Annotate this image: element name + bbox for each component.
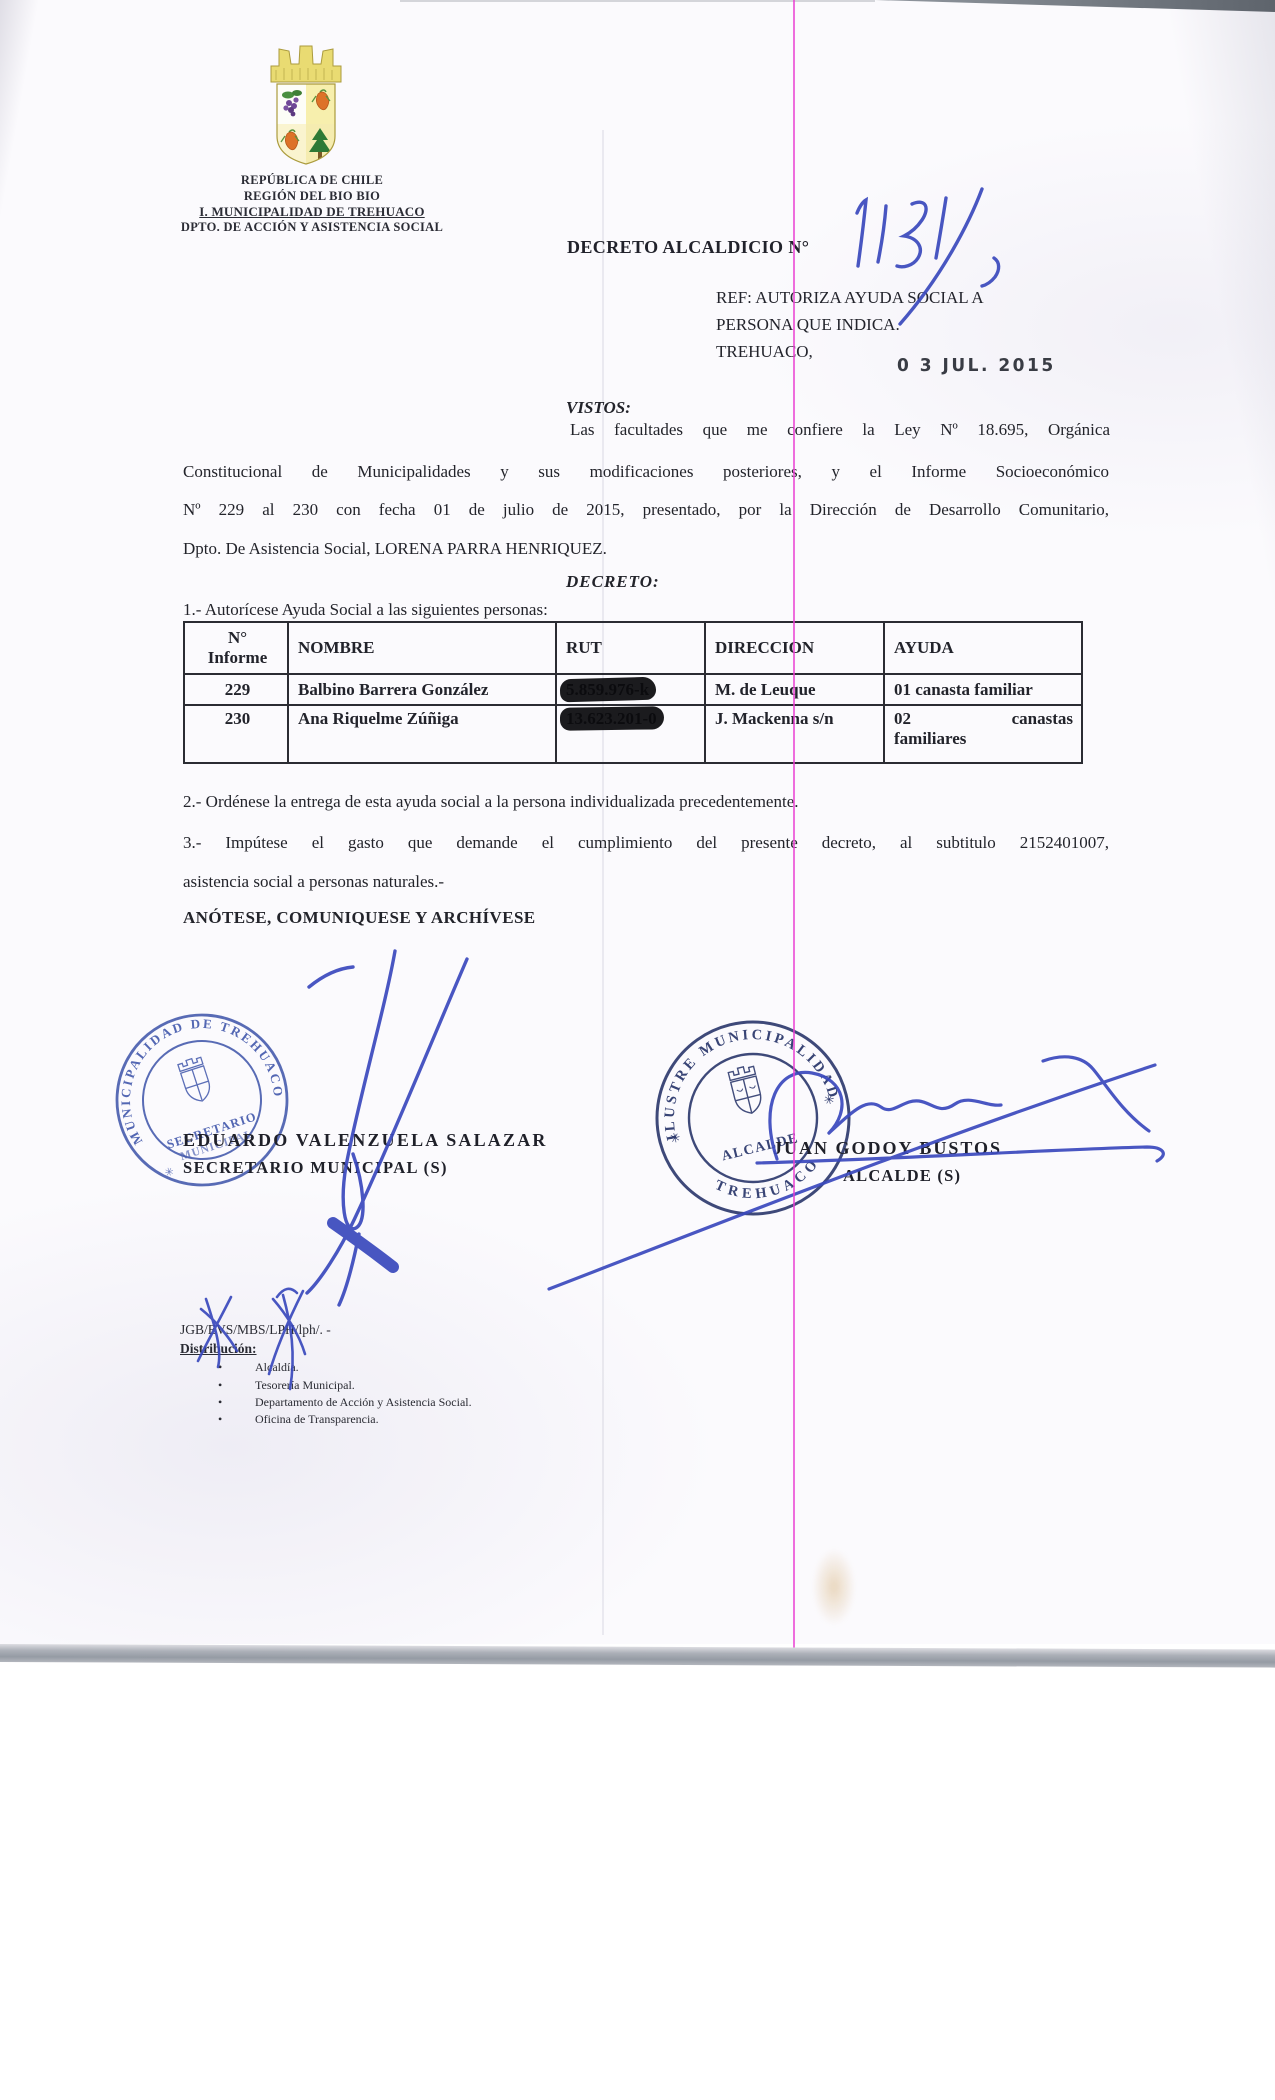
redacted-rut: 13.623.201-0: [566, 709, 657, 729]
cell-nombre: Balbino Barrera González: [288, 674, 556, 705]
secretary-title: SECRETARIO MUNICIPAL (S): [183, 1158, 448, 1178]
letterhead-country: REPÚBLICA DE CHILE: [100, 173, 524, 189]
paper-crease: [602, 130, 604, 1635]
vistos-heading: VISTOS:: [566, 398, 631, 418]
cell-informe: 230: [184, 705, 288, 763]
cell-informe: 229: [184, 674, 288, 705]
redacted-rut: 5.859.976-k: [566, 680, 649, 700]
secretary-name: EDUARDO VALENZUELA SALAZAR: [183, 1130, 548, 1151]
table-row: 230 Ana Riquelme Zúñiga 13.623.201-0 J. …: [184, 705, 1082, 763]
letterhead-region: REGIÓN DEL BIO BIO: [100, 189, 524, 205]
decreto-heading: DECRETO:: [566, 572, 660, 592]
scanner-artifact-line: [793, 0, 795, 1652]
header-informe: N° Informe: [184, 622, 288, 674]
decreto-item2: 2.- Ordénese la entrega de esta ayuda so…: [183, 792, 799, 812]
ref-block: REF: AUTORIZA AYUDA SOCIAL A PERSONA QUE…: [716, 284, 984, 365]
decreto-item3-line1: 3.- Impútese el gasto que demande el cum…: [183, 833, 1109, 853]
letterhead: REPÚBLICA DE CHILE REGIÓN DEL BIO BIO I.…: [100, 173, 524, 235]
vistos-line3: Nº 229 al 230 con fecha 01 de julio de 2…: [183, 500, 1109, 520]
bullet-icon: •: [218, 1360, 222, 1375]
ref-line1: REF: AUTORIZA AYUDA SOCIAL A: [716, 284, 984, 311]
vistos-line2: Constitucional de Municipalidades y sus …: [183, 462, 1109, 482]
cell-ayuda: 01 canasta familiar: [884, 674, 1082, 705]
decree-title: DECRETO ALCALDICIO N°: [567, 237, 809, 258]
table-header-row: N° Informe NOMBRE RUT DIRECCION AYUDA: [184, 622, 1082, 674]
cell-ayuda: 02 canastas familiares: [884, 705, 1082, 763]
footer-initials: JGB/EVS/MBS/LPH/lph/. -: [180, 1322, 331, 1338]
redaction-marker: [560, 706, 664, 730]
header-ayuda: AYUDA: [884, 622, 1082, 674]
decreto-item3-line2: asistencia social a personas naturales.-: [183, 872, 444, 892]
paper-smudge: [812, 1548, 856, 1626]
mayor-title: ALCALDE (S): [843, 1166, 961, 1186]
cell-nombre: Ana Riquelme Zúñiga: [288, 705, 556, 763]
bullet-icon: •: [218, 1412, 222, 1427]
cell-rut: 5.859.976-k: [556, 674, 705, 705]
closing-line: ANÓTESE, COMUNIQUESE Y ARCHÍVESE: [183, 908, 536, 928]
distribution-label: Distribución:: [180, 1341, 257, 1357]
bullet-icon: •: [218, 1378, 222, 1393]
redaction-marker: [560, 676, 657, 702]
header-rut: RUT: [556, 622, 705, 674]
letterhead-municipality: I. MUNICIPALIDAD DE TREHUACO: [100, 204, 524, 220]
ref-line2: PERSONA QUE INDICA.: [716, 311, 984, 338]
vistos-line4: Dpto. De Asistencia Social, LORENA PARRA…: [183, 539, 607, 559]
mayor-name: JUAN GODOY BUSTOS: [773, 1138, 1002, 1159]
scan-bottom-edge: [0, 1644, 1275, 1668]
coat-of-arms-trehuaco: [264, 36, 348, 168]
table-row: 229 Balbino Barrera González 5.859.976-k…: [184, 674, 1082, 705]
header-nombre: NOMBRE: [288, 622, 556, 674]
letterhead-department: DPTO. DE ACCIÓN Y ASISTENCIA SOCIAL: [100, 220, 524, 236]
vistos-line1: Las facultades que me confiere la Ley Nº…: [570, 420, 1110, 440]
scan-top-edge: [400, 0, 875, 2]
bullet-icon: •: [218, 1395, 222, 1410]
scanned-decree-page: REPÚBLICA DE CHILE REGIÓN DEL BIO BIO I.…: [0, 0, 1275, 2100]
decreto-item1: 1.- Autorícese Ayuda Social a las siguie…: [183, 600, 548, 620]
date-stamp: 0 3 JUL. 2015: [897, 356, 1056, 377]
beneficiaries-table: N° Informe NOMBRE RUT DIRECCION AYUDA 22…: [183, 621, 1083, 764]
cell-rut: 13.623.201-0: [556, 705, 705, 763]
